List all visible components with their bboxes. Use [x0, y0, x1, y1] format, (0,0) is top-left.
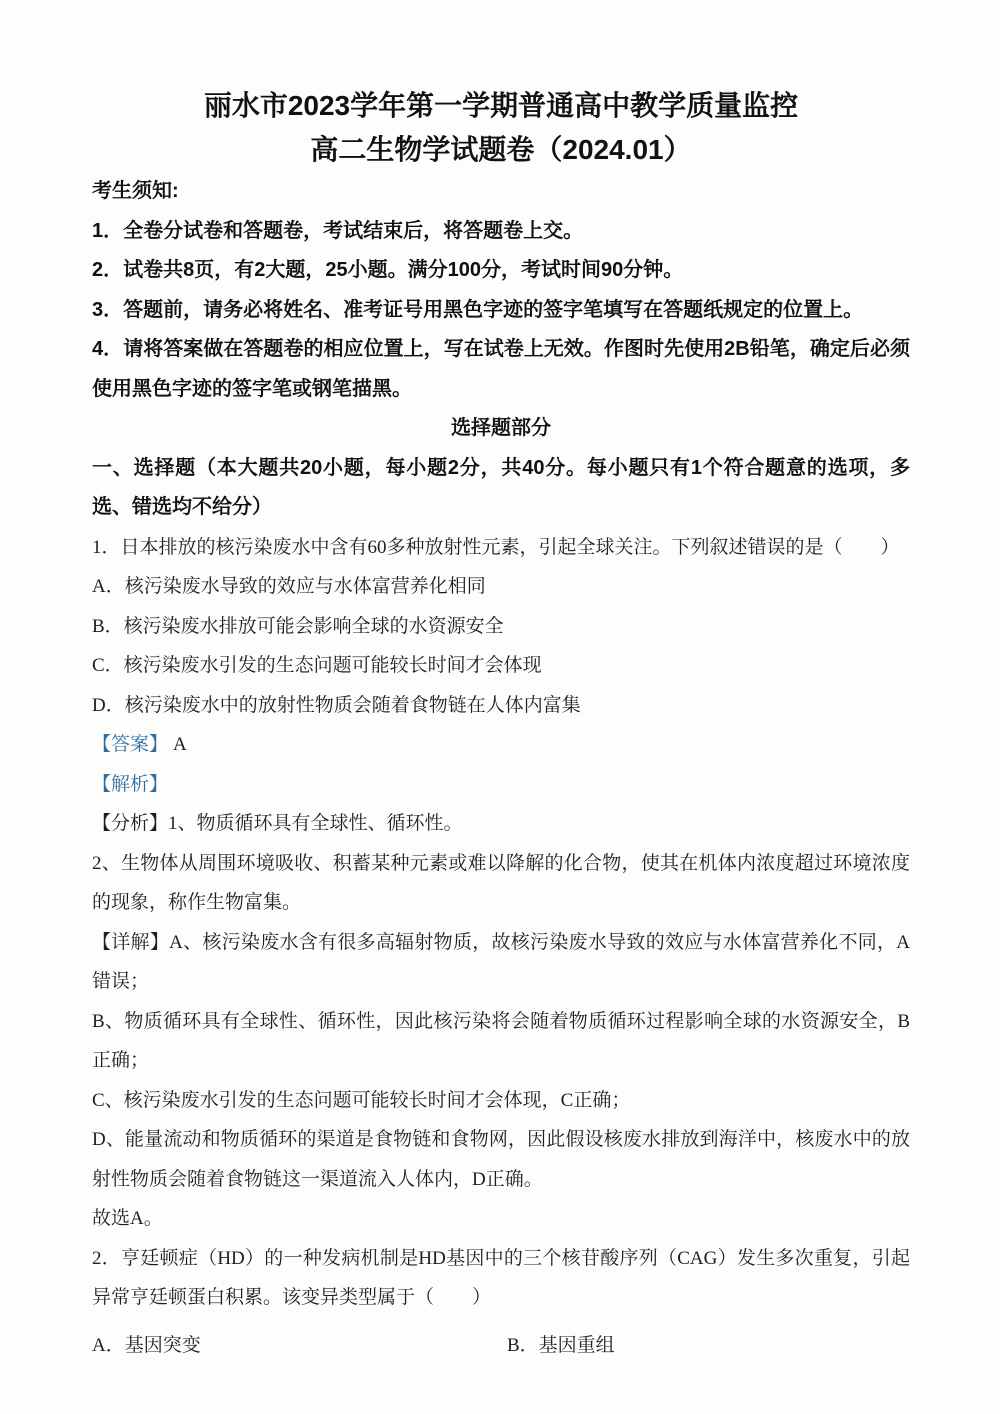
question-1-option-c: C．核污染废水引发的生态问题可能较长时间才会体现 — [92, 646, 910, 686]
analysis-heading-line: 【解析】 — [92, 765, 910, 805]
question-1-stem: 1．日本排放的核污染废水中含有60多种放射性元素，引起全球关注。下列叙述错误的是… — [92, 528, 910, 568]
question-2-options-row: A．基因突变 B．基因重组 — [92, 1326, 910, 1366]
analysis-paragraph-2: 2、生物体从周围环境吸收、积蓄某种元素或难以降解的化合物，使其在机体内浓度超过环… — [92, 844, 910, 923]
answer-value: A — [173, 734, 187, 755]
page-title: 丽水市2023学年第一学期普通高中教学质量监控 — [92, 84, 910, 128]
notice-item-4: 4．请将答案做在答题卷的相应位置上，写在试卷上无效。作图时先使用2B铅笔，确定后… — [92, 330, 910, 409]
analysis-paragraph-1: 【分析】1、物质循环具有全球性、循环性。 — [92, 804, 910, 844]
analysis-paragraph-4: B、物质循环具有全球性、循环性，因此核污染将会随着物质循环过程影响全球的水资源安… — [92, 1002, 910, 1081]
notice-item-2: 2．试卷共8页，有2大题，25小题。满分100分，考试时间90分钟。 — [92, 251, 910, 291]
answer-line: 【答案】A — [92, 725, 910, 765]
section-intro: 一、选择题（本大题共20小题，每小题2分，共40分。每小题只有1个符合题意的选项… — [92, 449, 910, 528]
analysis-conclusion: 故选A。 — [92, 1199, 910, 1239]
question-2-stem: 2．亨廷顿症（HD）的一种发病机制是HD基因中的三个核苷酸序列（CAG）发生多次… — [92, 1239, 910, 1318]
question-2-option-b: B．基因重组 — [507, 1326, 615, 1366]
analysis-paragraph-5: C、核污染废水引发的生态问题可能较长时间才会体现，C正确； — [92, 1081, 910, 1121]
notice-item-3: 3．答题前，请务必将姓名、准考证号用黑色字迹的签字笔填写在答题纸规定的位置上。 — [92, 291, 910, 331]
exam-paper-page: 丽水市2023学年第一学期普通高中教学质量监控 高二生物学试题卷（2024.01… — [0, 0, 1000, 1414]
notice-heading: 考生须知: — [92, 172, 910, 212]
question-2-option-a: A．基因突变 — [92, 1326, 507, 1366]
notice-item-1: 1．全卷分试卷和答题卷，考试结束后，将答题卷上交。 — [92, 212, 910, 252]
page-subtitle: 高二生物学试题卷（2024.01） — [92, 128, 910, 172]
answer-label: 【答案】 — [92, 734, 168, 755]
analysis-label: 【解析】 — [92, 774, 168, 795]
analysis-paragraph-6: D、能量流动和物质循环的渠道是食物链和食物网，因此假设核废水排放到海洋中，核废水… — [92, 1120, 910, 1199]
question-1-option-d: D．核污染废水中的放射性物质会随着食物链在人体内富集 — [92, 686, 910, 726]
question-1-option-a: A．核污染废水导致的效应与水体富营养化相同 — [92, 567, 910, 607]
section-part-heading: 选择题部分 — [92, 409, 910, 449]
question-1-option-b: B．核污染废水排放可能会影响全球的水资源安全 — [92, 607, 910, 647]
analysis-paragraph-3: 【详解】A、核污染废水含有很多高辐射物质，故核污染废水导致的效应与水体富营养化不… — [92, 923, 910, 1002]
